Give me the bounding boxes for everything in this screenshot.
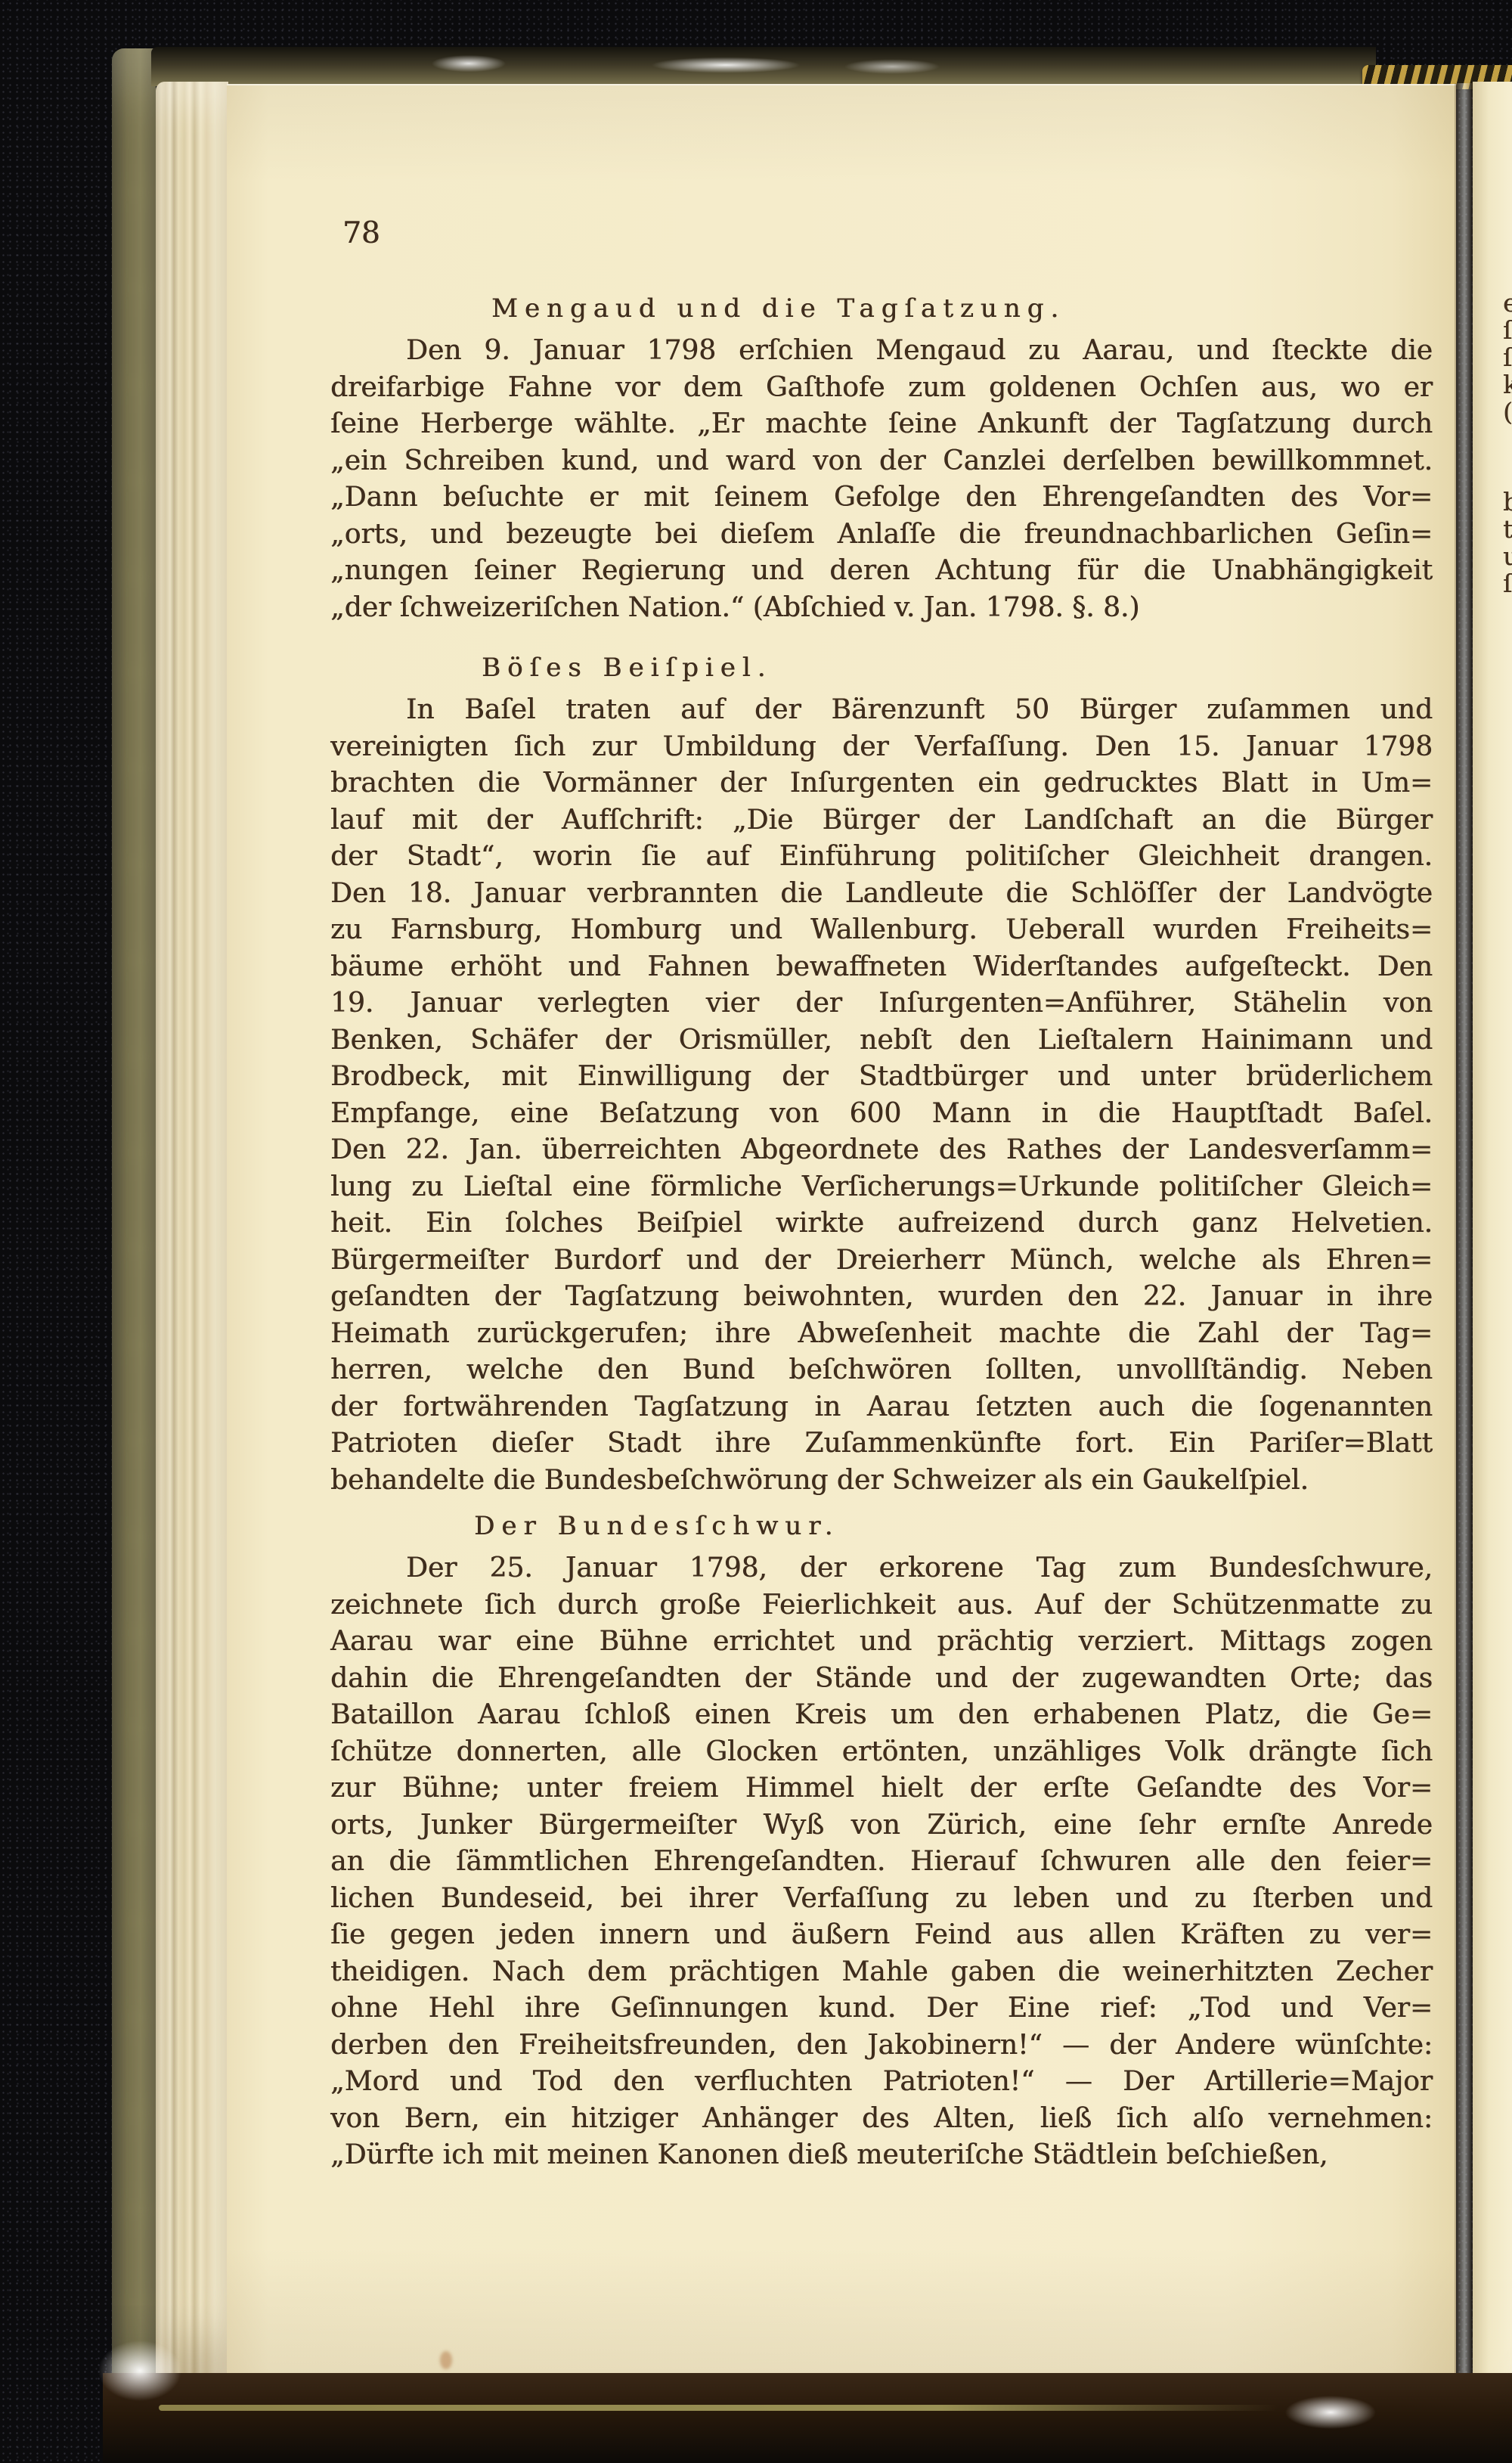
facing-page-letter-fragment: t — [1503, 516, 1512, 543]
text-line: brachten die Vormänner der Inſurgenten e… — [330, 765, 1433, 802]
page-stack-fore-edge — [156, 82, 228, 2381]
text-line: Benken, Schäfer der Orismüller, nebſt de… — [330, 1022, 1433, 1059]
text-line: Der 25. Januar 1798, der erkorene Tag zu… — [330, 1550, 1433, 1587]
text-line: dreifarbige Fahne vor dem Gaſthofe zum g… — [330, 370, 1433, 407]
cover-corner-glint — [98, 2340, 181, 2401]
text-line: vereinigten ſich zur Umbildung der Verfa… — [330, 729, 1433, 766]
facing-page-sliver: eſſik(btuſ — [1473, 82, 1512, 2390]
text-line: derben den Freiheitsfreunden, den Jakobi… — [330, 2027, 1433, 2064]
text-line: Den 22. Jan. überreichten Abgeordnete de… — [330, 1132, 1433, 1169]
text-line: behandelte die Bundesbeſchwörung der Sch… — [330, 1463, 1433, 1500]
text-column: 78 Mengaud und die Tagſatzung.Den 9. Jan… — [330, 84, 1433, 2174]
facing-page-letter-fragment: ( — [1503, 399, 1512, 426]
text-line: Bürgermeiſter Burdorf und der Dreierherr… — [330, 1242, 1433, 1280]
book-cover-left-edge — [112, 48, 156, 2412]
text-line: Brodbeck, mit Einwilligung der Stadtbürg… — [330, 1059, 1433, 1096]
text-line: „Mord und Tod den verfluchten Patrioten!… — [330, 2064, 1433, 2101]
facing-page-letter-fragment: ſ — [1503, 317, 1512, 344]
text-line: Patrioten dieſer Stadt ihre Zuſammenkünf… — [330, 1425, 1433, 1463]
text-line: lichen Bundeseid, bei ihrer Verfaſſung z… — [330, 1881, 1433, 1918]
facing-page-letter-fragment: k — [1503, 371, 1512, 399]
text-block: Mengaud und die Tagſatzung.Den 9. Januar… — [330, 290, 1433, 2174]
gutter-fold — [1455, 83, 1473, 2387]
section-heading: Der Bundesſchwur. — [474, 1508, 1433, 1544]
text-line: 19. Januar verlegten vier der Inſurgente… — [330, 985, 1433, 1022]
text-line: der Stadt“, worin ſie auf Einführung pol… — [330, 839, 1433, 876]
text-line: dahin die Ehrengeſandten der Stände und … — [330, 1661, 1433, 1698]
cover-bottom-edge — [159, 2405, 1278, 2411]
text-line: Bataillon Aarau ſchloß einen Kreis um de… — [330, 1697, 1433, 1734]
text-line: lauf mit der Aufſchrift: „Die Bürger der… — [330, 802, 1433, 839]
text-line: Den 18. Januar verbrannten die Landleute… — [330, 876, 1433, 913]
text-line: geſandten der Tagſatzung beiwohnten, wur… — [330, 1279, 1433, 1316]
page-stain — [440, 2351, 452, 2369]
text-line: Aarau war eine Bühne errichtet und präch… — [330, 1624, 1433, 1661]
facing-page-letter-fragment: b — [1503, 489, 1512, 516]
text-line: „Dann beſuchte er mit ſeinem Gefolge den… — [330, 479, 1433, 516]
facing-page-letter-fragment: ſ — [1503, 570, 1512, 597]
text-line: heit. Ein ſolches Beiſpiel wirkte aufrei… — [330, 1205, 1433, 1242]
text-line: In Baſel traten auf der Bärenzunft 50 Bü… — [330, 692, 1433, 729]
facing-page-letter-fragment: e — [1503, 290, 1512, 317]
text-line: theidigen. Nach dem prächtigen Mahle gab… — [330, 1954, 1433, 1991]
text-line: bäume erhöht und Fahnen bewaffneten Wide… — [330, 949, 1433, 986]
text-line: von Bern, ein hitziger Anhänger des Alte… — [330, 2101, 1433, 2138]
text-line: orts, Junker Bürgermeiſter Wyß von Züric… — [330, 1807, 1433, 1844]
text-line: an die ſämmtlichen Ehrengeſandten. Hiera… — [330, 1844, 1433, 1881]
section-heading: Mengaud und die Tagſatzung. — [491, 290, 1433, 327]
text-line: ſeine Herberge wählte. „Er machte ſeine … — [330, 406, 1433, 443]
text-line: Heimath zurückgerufen; ihre Abweſenheit … — [330, 1316, 1433, 1353]
text-line: „nungen ſeiner Regierung und deren Achtu… — [330, 553, 1433, 590]
text-line: zur Bühne; unter freiem Himmel hielt der… — [330, 1770, 1433, 1807]
text-line: ſchütze donnerten, alle Glocken ertönten… — [330, 1734, 1433, 1771]
text-line: zu Farnsburg, Homburg und Wallenburg. Ue… — [330, 912, 1433, 949]
text-line: ſie gegen jeden innern und äußern Feind … — [330, 1917, 1433, 1954]
text-line: lung zu Lieſtal eine förmliche Verſicher… — [330, 1169, 1433, 1206]
book-top-edge — [151, 47, 1376, 86]
text-line: Empfange, eine Beſatzung von 600 Mann in… — [330, 1096, 1433, 1133]
text-line: zeichnete ſich durch große Feierlichkeit… — [330, 1587, 1433, 1624]
facing-page-letter-fragment: u — [1503, 543, 1512, 570]
text-line: „der ſchweizeriſchen Nation.“ (Abſchied … — [330, 590, 1433, 627]
photo-of-book-page: { "photo": { "background_color": "#0b0b0… — [0, 0, 1512, 2463]
text-line: der fortwährenden Tagſatzung in Aarau ſe… — [330, 1389, 1433, 1426]
text-line: Den 9. Januar 1798 erſchien Mengaud zu A… — [330, 333, 1433, 370]
text-line: herren, welche den Bund beſchwören ſollt… — [330, 1352, 1433, 1389]
cover-edge-glint — [1285, 2396, 1376, 2429]
section-heading: Böſes Beiſpiel. — [482, 650, 1433, 686]
text-line: „ein Schreiben kund, und ward von der Ca… — [330, 443, 1433, 480]
text-line: ohne Hehl ihre Geſinnungen kund. Der Ein… — [330, 1990, 1433, 2027]
text-line: „Dürfte ich mit meinen Kanonen dieß meut… — [330, 2137, 1433, 2174]
facing-page-letter-fragment: ſi — [1503, 344, 1512, 371]
page-number: 78 — [342, 217, 380, 250]
text-line: „orts, und bezeugte bei dieſem Anlaſſe d… — [330, 516, 1433, 554]
